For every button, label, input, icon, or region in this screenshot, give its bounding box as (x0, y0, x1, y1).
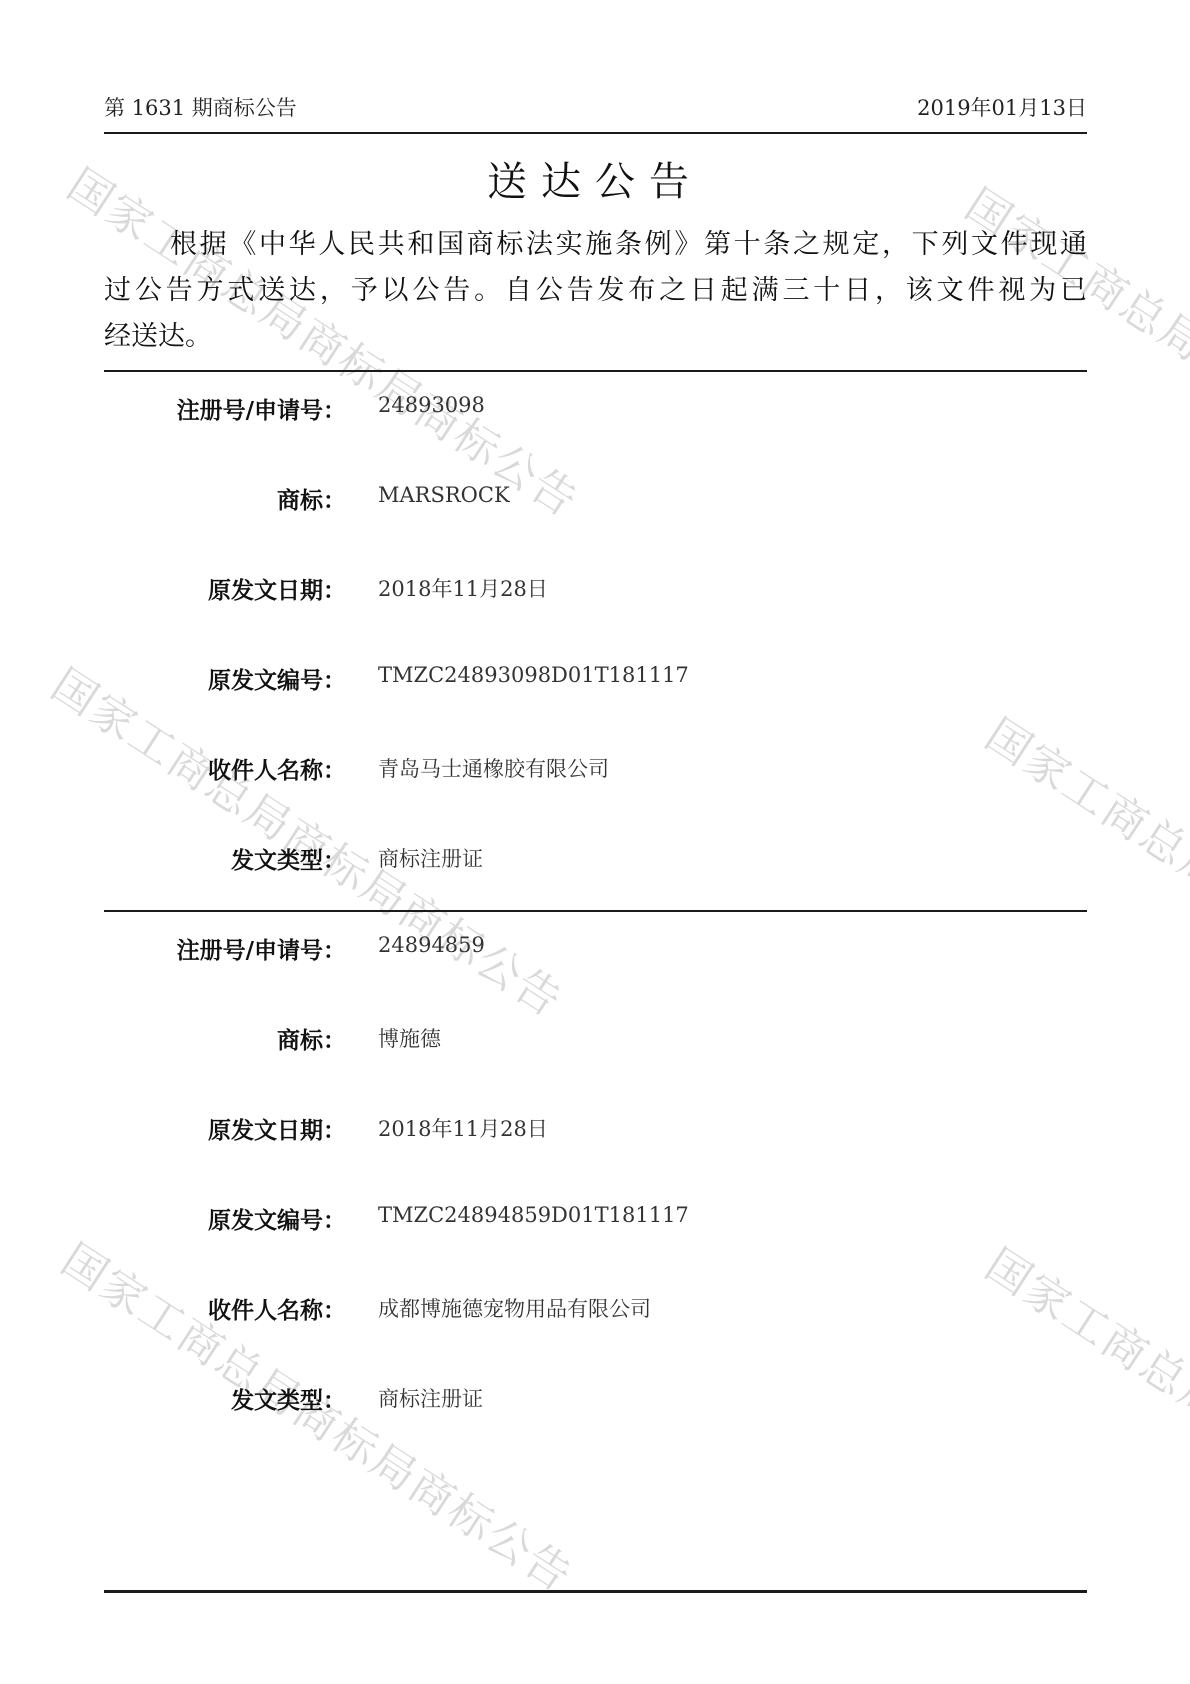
field-value: 成都博施德宠物用品有限公司 (378, 1293, 651, 1323)
intro-line: 经送达。 (104, 314, 1087, 360)
page-title: 送达公告 (0, 150, 1190, 207)
field-orig-date: 原发文日期： 2018年11月28日 (0, 572, 1190, 612)
field-doc-type: 发文类型： 商标注册证 (0, 1382, 1190, 1422)
field-label: 原发文编号： (208, 662, 346, 695)
intro-line: 根据《中华人民共和国商标法实施条例》第十条之规定，下列文件现通 (104, 222, 1087, 268)
intro-line: 过公告方式送达，予以公告。自公告发布之日起满三十日，该文件视为已 (104, 268, 1087, 314)
field-value: 商标注册证 (378, 1383, 483, 1413)
field-label: 收件人名称： (208, 1292, 346, 1325)
announcement-page: 国家工商总局商标局商标公告 国家工商总局商标局商标公告 国家工商总局商标局商标公… (0, 0, 1190, 1684)
intro-paragraph: 根据《中华人民共和国商标法实施条例》第十条之规定，下列文件现通 过公告方式送达，… (104, 222, 1087, 360)
field-value: 2018年11月28日 (378, 1113, 548, 1143)
field-label: 发文类型： (231, 1382, 346, 1415)
field-label: 商标： (277, 482, 346, 515)
field-value: 青岛马士通橡胶有限公司 (378, 753, 609, 783)
field-label: 原发文日期： (208, 1112, 346, 1145)
section-divider (104, 370, 1087, 372)
field-label: 注册号/申请号： (177, 932, 346, 965)
footer-divider (104, 1590, 1087, 1593)
field-label: 收件人名称： (208, 752, 346, 785)
field-recipient: 收件人名称： 成都博施德宠物用品有限公司 (0, 1292, 1190, 1332)
field-trademark: 商标： 博施德 (0, 1022, 1190, 1062)
field-value: 2018年11月28日 (378, 573, 548, 603)
field-doc-type: 发文类型： 商标注册证 (0, 842, 1190, 882)
issue-number: 第 1631 期商标公告 (104, 92, 297, 122)
field-value: 24893098 (378, 393, 485, 417)
issue-date: 2019年01月13日 (917, 92, 1087, 122)
field-orig-date: 原发文日期： 2018年11月28日 (0, 1112, 1190, 1152)
field-trademark: 商标： MARSROCK (0, 482, 1190, 522)
field-label: 发文类型： (231, 842, 346, 875)
field-value: 博施德 (378, 1023, 441, 1053)
field-value: 商标注册证 (378, 843, 483, 873)
field-label: 商标： (277, 1022, 346, 1055)
field-value: TMZC24893098D01T181117 (378, 663, 689, 687)
field-value: 24894859 (378, 933, 485, 957)
field-reg-no: 注册号/申请号： 24893098 (0, 392, 1190, 432)
field-orig-doc-no: 原发文编号： TMZC24894859D01T181117 (0, 1202, 1190, 1242)
field-value: MARSROCK (378, 483, 510, 507)
section-divider (104, 910, 1087, 912)
field-recipient: 收件人名称： 青岛马士通橡胶有限公司 (0, 752, 1190, 792)
field-value: TMZC24894859D01T181117 (378, 1203, 689, 1227)
page-header: 第 1631 期商标公告 2019年01月13日 (104, 92, 1087, 132)
field-label: 注册号/申请号： (177, 392, 346, 425)
field-label: 原发文日期： (208, 572, 346, 605)
field-orig-doc-no: 原发文编号： TMZC24893098D01T181117 (0, 662, 1190, 702)
field-label: 原发文编号： (208, 1202, 346, 1235)
field-reg-no: 注册号/申请号： 24894859 (0, 932, 1190, 972)
header-divider (104, 132, 1087, 134)
watermark: 国家工商总局商标局商标公告 (41, 650, 577, 1029)
